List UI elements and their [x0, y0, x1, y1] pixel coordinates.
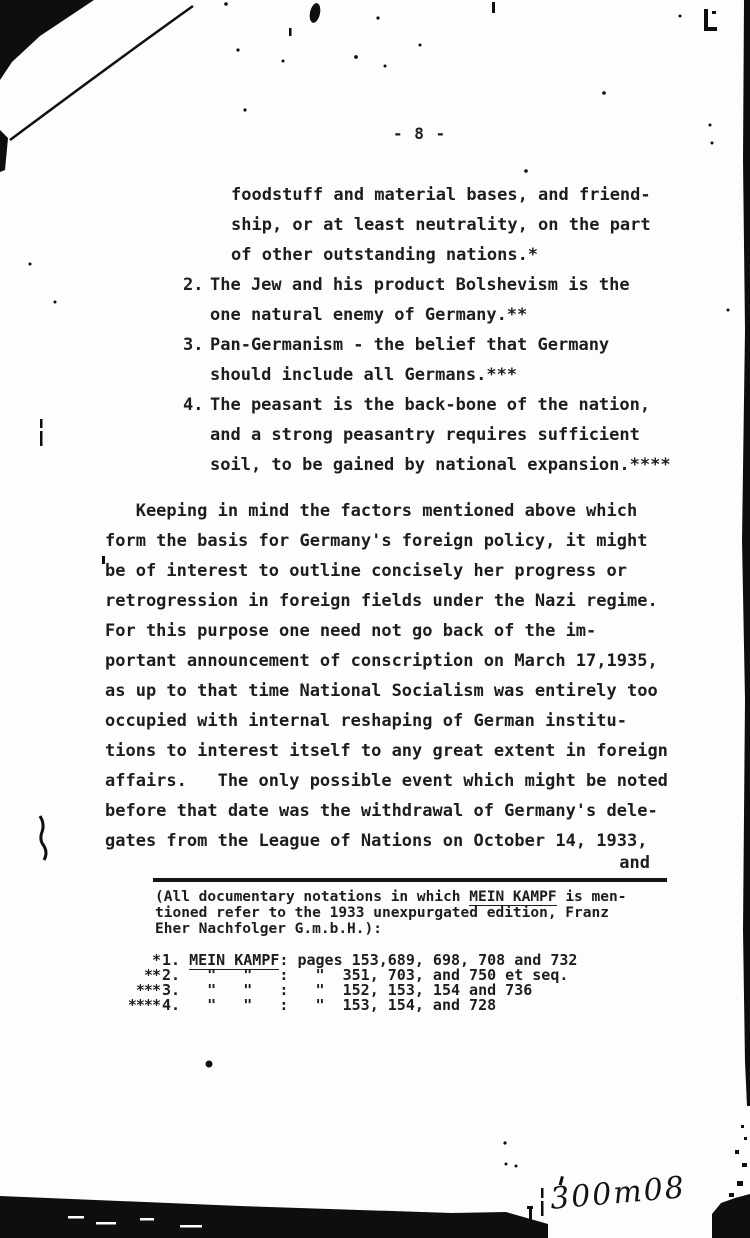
list-row: 2. The Jew and his product Bolshevism is…	[210, 270, 671, 300]
scanned-document-page: - 8 - foodstuff and material bases, and …	[0, 0, 750, 1238]
list-text: should include all Germans.***	[210, 365, 517, 385]
mein-kampf-title: MEIN KAMPF	[469, 889, 556, 906]
paragraph-line: For this purpose one need not go back of…	[105, 616, 665, 646]
list-line: foodstuff and material bases, and friend…	[231, 180, 651, 210]
paragraph-line: be of interest to outline concisely her …	[105, 556, 665, 586]
list-text: one natural enemy of Germany.**	[210, 305, 527, 325]
footnote-intro-line: (All documentary notations in which MEIN…	[155, 889, 626, 905]
footnote-rule	[153, 878, 667, 882]
handwritten-annotation: 300m08	[549, 1170, 687, 1217]
list-text: The Jew and his product Bolshevism is th…	[210, 275, 630, 295]
list-row: should include all Germans.***	[210, 360, 671, 390]
list-marker: 4.	[183, 390, 203, 420]
continuation-word: and	[105, 853, 650, 873]
footnote-text: 4. " " : " 153, 154, and 728	[162, 998, 496, 1013]
paragraph-line: as up to that time National Socialism wa…	[105, 676, 665, 706]
footnote-intro-line: tioned refer to the 1933 unexpurgated ed…	[155, 905, 626, 921]
list-text: Pan-Germanism - the belief that Germany	[210, 335, 609, 355]
list-marker: 3.	[183, 330, 203, 360]
numbered-list: 2. The Jew and his product Bolshevism is…	[210, 270, 671, 480]
list-marker: 2.	[183, 270, 203, 300]
list-item-1-continuation: foodstuff and material bases, and friend…	[231, 180, 651, 270]
paragraph-line: affairs. The only possible event which m…	[105, 766, 665, 796]
paragraph-line: occupied with internal reshaping of Germ…	[105, 706, 665, 736]
list-text: soil, to be gained by national expansion…	[210, 455, 671, 475]
list-row: 3. Pan-Germanism - the belief that Germa…	[210, 330, 671, 360]
footnote-intro-line: Eher Nachfolger G.m.b.H.):	[155, 921, 626, 937]
paragraph-line: Keeping in mind the factors mentioned ab…	[105, 496, 665, 526]
footnote-stars: ****	[126, 998, 160, 1013]
list-line: of other outstanding nations.*	[231, 240, 651, 270]
page-number: - 8 -	[393, 124, 446, 143]
paragraph-line: tions to interest itself to any great ex…	[105, 736, 665, 766]
paragraph-line: before that date was the withdrawal of G…	[105, 796, 665, 826]
list-row: 4. The peasant is the back-bone of the n…	[210, 390, 671, 420]
list-row: and a strong peasantry requires sufficie…	[210, 420, 671, 450]
main-paragraph: Keeping in mind the factors mentioned ab…	[105, 496, 665, 856]
list-row: soil, to be gained by national expansion…	[210, 450, 671, 480]
list-text: The peasant is the back-bone of the nati…	[210, 395, 650, 415]
paragraph-line: gates from the League of Nations on Octo…	[105, 826, 665, 856]
footnote-row: **** 4. " " : " 153, 154, and 728	[126, 998, 577, 1013]
list-text: and a strong peasantry requires sufficie…	[210, 425, 640, 445]
paragraph-line: retrogression in foreign fields under th…	[105, 586, 665, 616]
footnote-entries: * 1. MEIN KAMPF: pages 153,689, 698, 708…	[126, 953, 577, 1013]
paragraph-line: form the basis for Germany's foreign pol…	[105, 526, 665, 556]
paragraph-line: portant announcement of conscription on …	[105, 646, 665, 676]
list-line: ship, or at least neutrality, on the par…	[231, 210, 651, 240]
footnote-intro: (All documentary notations in which MEIN…	[155, 889, 626, 937]
list-row: one natural enemy of Germany.**	[210, 300, 671, 330]
